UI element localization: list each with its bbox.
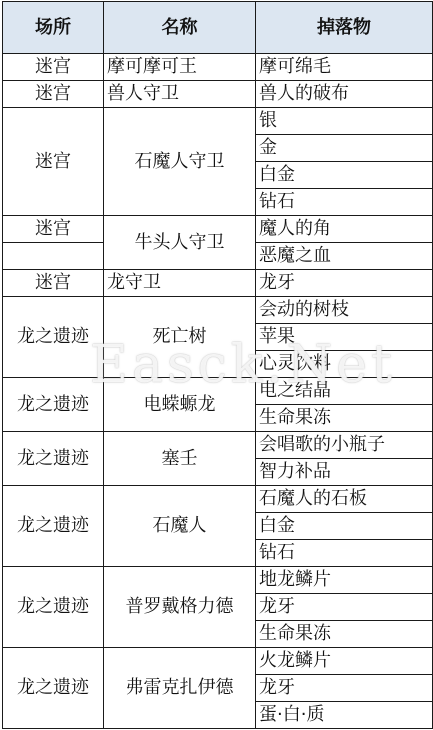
location-cell: 迷宫 [3, 270, 104, 297]
monster-name-cell: 死亡树 [104, 297, 256, 378]
monster-name-cell: 摩可摩可王 [104, 54, 256, 81]
header-row: 场所 名称 掉落物 [3, 2, 433, 54]
monster-name-cell: 石魔人 [104, 486, 256, 567]
drop-cell: 电之结晶 [256, 378, 433, 405]
drop-cell: 白金 [256, 513, 433, 540]
location-cell: 迷宫 [3, 108, 104, 216]
location-cell: 龙之遗迹 [3, 567, 104, 648]
drop-table: 场所 名称 掉落物 迷宫 摩可摩可王 摩可绵毛 迷宫 兽人守卫 兽人的破布 迷宫… [2, 1, 433, 729]
drop-cell: 龙牙 [256, 594, 433, 621]
header-location: 场所 [3, 2, 104, 54]
table-row: 迷宫 龙守卫 龙牙 [3, 270, 433, 297]
drop-cell: 龙牙 [256, 270, 433, 297]
table-row: 龙之遗迹 石魔人 石魔人的石板 [3, 486, 433, 513]
drop-cell: 金 [256, 135, 433, 162]
drop-cell: 心灵饮料 [256, 351, 433, 378]
drop-cell: 会唱歌的小瓶子 [256, 432, 433, 459]
table-row: 迷宫 牛头人守卫 魔人的角 [3, 216, 433, 243]
drop-cell: 生命果冻 [256, 405, 433, 432]
table-row: 龙之遗迹 死亡树 会动的树枝 [3, 297, 433, 324]
drop-cell: 石魔人的石板 [256, 486, 433, 513]
location-cell: 龙之遗迹 [3, 648, 104, 729]
table-row: 龙之遗迹 电蝾螈龙 电之结晶 [3, 378, 433, 405]
table-row: 龙之遗迹 弗雷克扎伊德 火龙鳞片 [3, 648, 433, 675]
header-drops: 掉落物 [256, 2, 433, 54]
table-row: 迷宫 摩可摩可王 摩可绵毛 [3, 54, 433, 81]
drop-cell: 魔人的角 [256, 216, 433, 243]
table-row: 迷宫 石魔人守卫 银 [3, 108, 433, 135]
drop-cell: 智力补品 [256, 459, 433, 486]
monster-name-cell: 牛头人守卫 [104, 216, 256, 270]
drop-cell: 兽人的破布 [256, 81, 433, 108]
table-row: 龙之遗迹 普罗戴格力德 地龙鳞片 [3, 567, 433, 594]
location-cell: 龙之遗迹 [3, 378, 104, 432]
drop-cell: 恶魔之血 [256, 243, 433, 270]
monster-name-cell: 电蝾螈龙 [104, 378, 256, 432]
drop-cell: 银 [256, 108, 433, 135]
location-cell: 迷宫 [3, 54, 104, 81]
location-cell: 迷宫 [3, 216, 104, 243]
drop-cell: 火龙鳞片 [256, 648, 433, 675]
drop-cell: 地龙鳞片 [256, 567, 433, 594]
monster-name-cell: 兽人守卫 [104, 81, 256, 108]
drop-cell: 生命果冻 [256, 621, 433, 648]
drop-cell: 白金 [256, 162, 433, 189]
drop-cell: 摩可绵毛 [256, 54, 433, 81]
monster-name-cell: 龙守卫 [104, 270, 256, 297]
location-cell-empty [3, 243, 104, 270]
drop-cell: 龙牙 [256, 675, 433, 702]
location-cell: 迷宫 [3, 81, 104, 108]
monster-name-cell: 普罗戴格力德 [104, 567, 256, 648]
drop-cell: 钻石 [256, 189, 433, 216]
monster-name-cell: 弗雷克扎伊德 [104, 648, 256, 729]
monster-name-cell: 石魔人守卫 [104, 108, 256, 216]
location-cell: 龙之遗迹 [3, 297, 104, 378]
location-cell: 龙之遗迹 [3, 486, 104, 567]
drop-cell: 会动的树枝 [256, 297, 433, 324]
drop-cell: 蛋·白·质 [256, 702, 433, 729]
drop-cell: 钻石 [256, 540, 433, 567]
drop-cell: 苹果 [256, 324, 433, 351]
table-row: 迷宫 兽人守卫 兽人的破布 [3, 81, 433, 108]
header-name: 名称 [104, 2, 256, 54]
location-cell: 龙之遗迹 [3, 432, 104, 486]
monster-name-cell: 塞壬 [104, 432, 256, 486]
table-row: 龙之遗迹 塞壬 会唱歌的小瓶子 [3, 432, 433, 459]
